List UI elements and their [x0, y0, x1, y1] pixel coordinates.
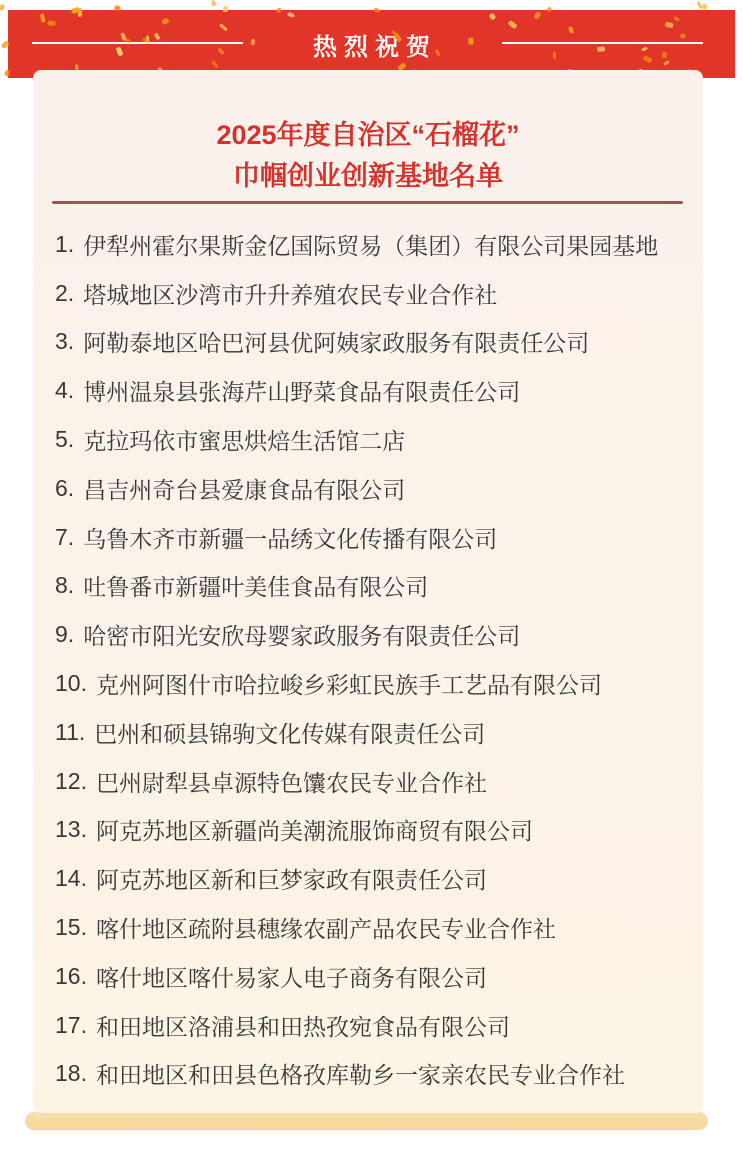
item-text: 和田地区和田县色格孜库勒乡一家亲农民专业合作社 — [96, 1057, 625, 1090]
item-number: 14. — [55, 865, 87, 892]
list-item: 1.伊犁州霍尔果斯金亿国际贸易（集团）有限公司果园基地 — [55, 220, 695, 269]
org-list: 1.伊犁州霍尔果斯金亿国际贸易（集团）有限公司果园基地2.塔城地区沙湾市升升养殖… — [55, 220, 695, 1098]
item-number: 5. — [55, 426, 74, 453]
title-divider — [52, 201, 683, 204]
list-item: 15.喀什地区疏附县穗缘农副产品农民专业合作社 — [55, 903, 695, 952]
announcement-page: 热烈祝贺 2025年度自治区“石榴花” 巾帼创业创新基地名单 1.伊犁州霍尔果斯… — [0, 0, 743, 1157]
list-item: 13.阿克苏地区新疆尚美潮流服饰商贸有限公司 — [55, 806, 695, 855]
item-text: 克州阿图什市哈拉峻乡彩虹民族手工艺品有限公司 — [96, 667, 602, 700]
list-card: 2025年度自治区“石榴花” 巾帼创业创新基地名单 1.伊犁州霍尔果斯金亿国际贸… — [33, 70, 703, 1113]
card-title: 2025年度自治区“石榴花” 巾帼创业创新基地名单 — [33, 70, 703, 197]
bottom-accent-bar — [25, 1112, 708, 1130]
list-item: 9.哈密市阳光安欣母婴家政服务有限责任公司 — [55, 610, 695, 659]
item-text: 哈密市阳光安欣母婴家政服务有限责任公司 — [83, 618, 520, 651]
list-item: 18.和田地区和田县色格孜库勒乡一家亲农民专业合作社 — [55, 1050, 695, 1099]
card-title-line2: 巾帼创业创新基地名单 — [33, 156, 703, 197]
item-number: 6. — [55, 475, 74, 502]
item-number: 17. — [55, 1012, 87, 1039]
item-text: 伊犁州霍尔果斯金亿国际贸易（集团）有限公司果园基地 — [83, 228, 658, 261]
item-number: 7. — [55, 524, 74, 551]
item-number: 15. — [55, 914, 87, 941]
item-number: 18. — [55, 1060, 87, 1087]
list-item: 12.巴州尉犁县卓源特色馕农民专业合作社 — [55, 757, 695, 806]
list-item: 17.和田地区洛浦县和田热孜宛食品有限公司 — [55, 1001, 695, 1050]
item-text: 巴州尉犁县卓源特色馕农民专业合作社 — [96, 765, 487, 798]
list-item: 8.吐鲁番市新疆叶美佳食品有限公司 — [55, 562, 695, 611]
item-text: 昌吉州奇台县爱康食品有限公司 — [83, 472, 405, 505]
list-item: 10.克州阿图什市哈拉峻乡彩虹民族手工艺品有限公司 — [55, 659, 695, 708]
item-number: 10. — [55, 670, 87, 697]
item-text: 喀什地区喀什易家人电子商务有限公司 — [96, 960, 487, 993]
item-number: 16. — [55, 963, 87, 990]
list-item: 2.塔城地区沙湾市升升养殖农民专业合作社 — [55, 269, 695, 318]
item-number: 13. — [55, 816, 87, 843]
list-item: 14.阿克苏地区新和巨梦家政有限责任公司 — [55, 854, 695, 903]
confetti-speck — [702, 4, 708, 10]
item-text: 阿克苏地区新和巨梦家政有限责任公司 — [96, 862, 487, 895]
item-text: 博州温泉县张海芹山野菜食品有限责任公司 — [83, 374, 520, 407]
item-text: 喀什地区疏附县穗缘农副产品农民专业合作社 — [96, 911, 556, 944]
item-text: 阿克苏地区新疆尚美潮流服饰商贸有限公司 — [96, 813, 533, 846]
item-text: 巴州和硕县锦驹文化传媒有限责任公司 — [94, 716, 485, 749]
item-text: 和田地区洛浦县和田热孜宛食品有限公司 — [96, 1009, 510, 1042]
list-item: 6.昌吉州奇台县爱康食品有限公司 — [55, 464, 695, 513]
item-text: 克拉玛依市蜜思烘焙生活馆二店 — [83, 423, 405, 456]
item-text: 阿勒泰地区哈巴河县优阿姨家政服务有限责任公司 — [83, 325, 589, 358]
banner-right-line — [502, 42, 703, 44]
list-item: 3.阿勒泰地区哈巴河县优阿姨家政服务有限责任公司 — [55, 318, 695, 367]
item-number: 4. — [55, 377, 74, 404]
item-number: 3. — [55, 328, 74, 355]
item-number: 9. — [55, 621, 74, 648]
list-item: 7.乌鲁木齐市新疆一品绣文化传播有限公司 — [55, 513, 695, 562]
confetti-speck — [211, 0, 216, 7]
list-item: 4.博州温泉县张海芹山野菜食品有限责任公司 — [55, 366, 695, 415]
item-number: 12. — [55, 768, 87, 795]
list-item: 5.克拉玛依市蜜思烘焙生活馆二店 — [55, 415, 695, 464]
item-number: 2. — [55, 280, 74, 307]
item-text: 吐鲁番市新疆叶美佳食品有限公司 — [83, 569, 428, 602]
confetti-speck — [0, 4, 5, 11]
list-item: 16.喀什地区喀什易家人电子商务有限公司 — [55, 952, 695, 1001]
item-number: 8. — [55, 572, 74, 599]
item-number: 1. — [55, 231, 74, 258]
item-number: 11. — [55, 719, 85, 746]
list-item: 11.巴州和硕县锦驹文化传媒有限责任公司 — [55, 708, 695, 757]
item-text: 塔城地区沙湾市升升养殖农民专业合作社 — [83, 277, 497, 310]
item-text: 乌鲁木齐市新疆一品绣文化传播有限公司 — [83, 521, 497, 554]
card-title-line1: 2025年度自治区“石榴花” — [33, 115, 703, 156]
banner-title: 热烈祝贺 — [8, 10, 735, 78]
confetti-speck — [697, 1, 703, 9]
congrats-banner: 热烈祝贺 — [8, 10, 735, 78]
